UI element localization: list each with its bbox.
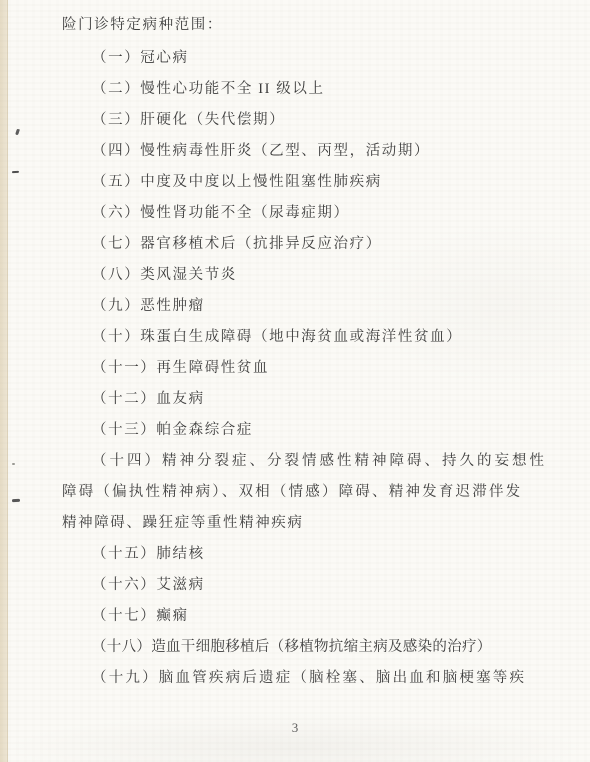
list-item-12: （十二）血友病	[62, 384, 532, 415]
list-item-15: （十五）肺结核	[62, 539, 532, 570]
list-item-14-line-1: （十四）精神分裂症、分裂情感性精神障碍、持久的妄想性	[62, 446, 532, 477]
scan-speck	[15, 129, 20, 136]
list-item-3: （三）肝硬化（失代偿期）	[62, 105, 532, 136]
list-item-10: （十）珠蛋白生成障碍（地中海贫血或海洋性贫血）	[62, 322, 532, 353]
list-item-9: （九）恶性肿瘤	[62, 291, 532, 322]
list-item-1: （一）冠心病	[62, 43, 532, 74]
list-item-16: （十六）艾滋病	[62, 570, 532, 601]
scan-speck	[12, 499, 20, 502]
page-number: 3	[0, 718, 590, 738]
list-item-6: （六）慢性肾功能不全（尿毒症期）	[62, 198, 532, 229]
list-item-19: （十九）脑血管疾病后遗症（脑栓塞、脑出血和脑梗塞等疾	[62, 663, 532, 694]
list-item-11: （十一）再生障碍性贫血	[62, 353, 532, 384]
list-item-14-line-2: 障碍（偏执性精神病）、双相（情感）障碍、精神发育迟滞伴发	[62, 477, 532, 508]
intro-line: 险门诊特定病种范围：	[62, 10, 532, 41]
scan-speck	[12, 171, 19, 173]
list-item-17: （十七）癫痫	[62, 601, 532, 632]
list-item-7: （七）器官移植术后（抗排异反应治疗）	[62, 229, 532, 260]
list-item-4: （四）慢性病毒性肝炎（乙型、丙型，活动期）	[62, 136, 532, 167]
list-item-8: （八）类风湿关节炎	[62, 260, 532, 291]
list-item-13: （十三）帕金森综合症	[62, 415, 532, 446]
document-page: 险门诊特定病种范围： （一）冠心病 （二）慢性心功能不全 II 级以上 （三）肝…	[0, 0, 590, 762]
list-item-14-line-3: 精神障碍、躁狂症等重性精神疾病	[62, 508, 532, 539]
scan-speck	[12, 463, 15, 465]
list-item-2: （二）慢性心功能不全 II 级以上	[62, 74, 532, 105]
list-item-5: （五）中度及中度以上慢性阻塞性肺疾病	[62, 167, 532, 198]
document-content: 险门诊特定病种范围： （一）冠心病 （二）慢性心功能不全 II 级以上 （三）肝…	[62, 10, 532, 694]
scan-binding-edge	[0, 0, 8, 762]
list-item-18: （十八）造血干细胞移植后（移植物抗缩主病及感染的治疗）	[62, 632, 532, 663]
